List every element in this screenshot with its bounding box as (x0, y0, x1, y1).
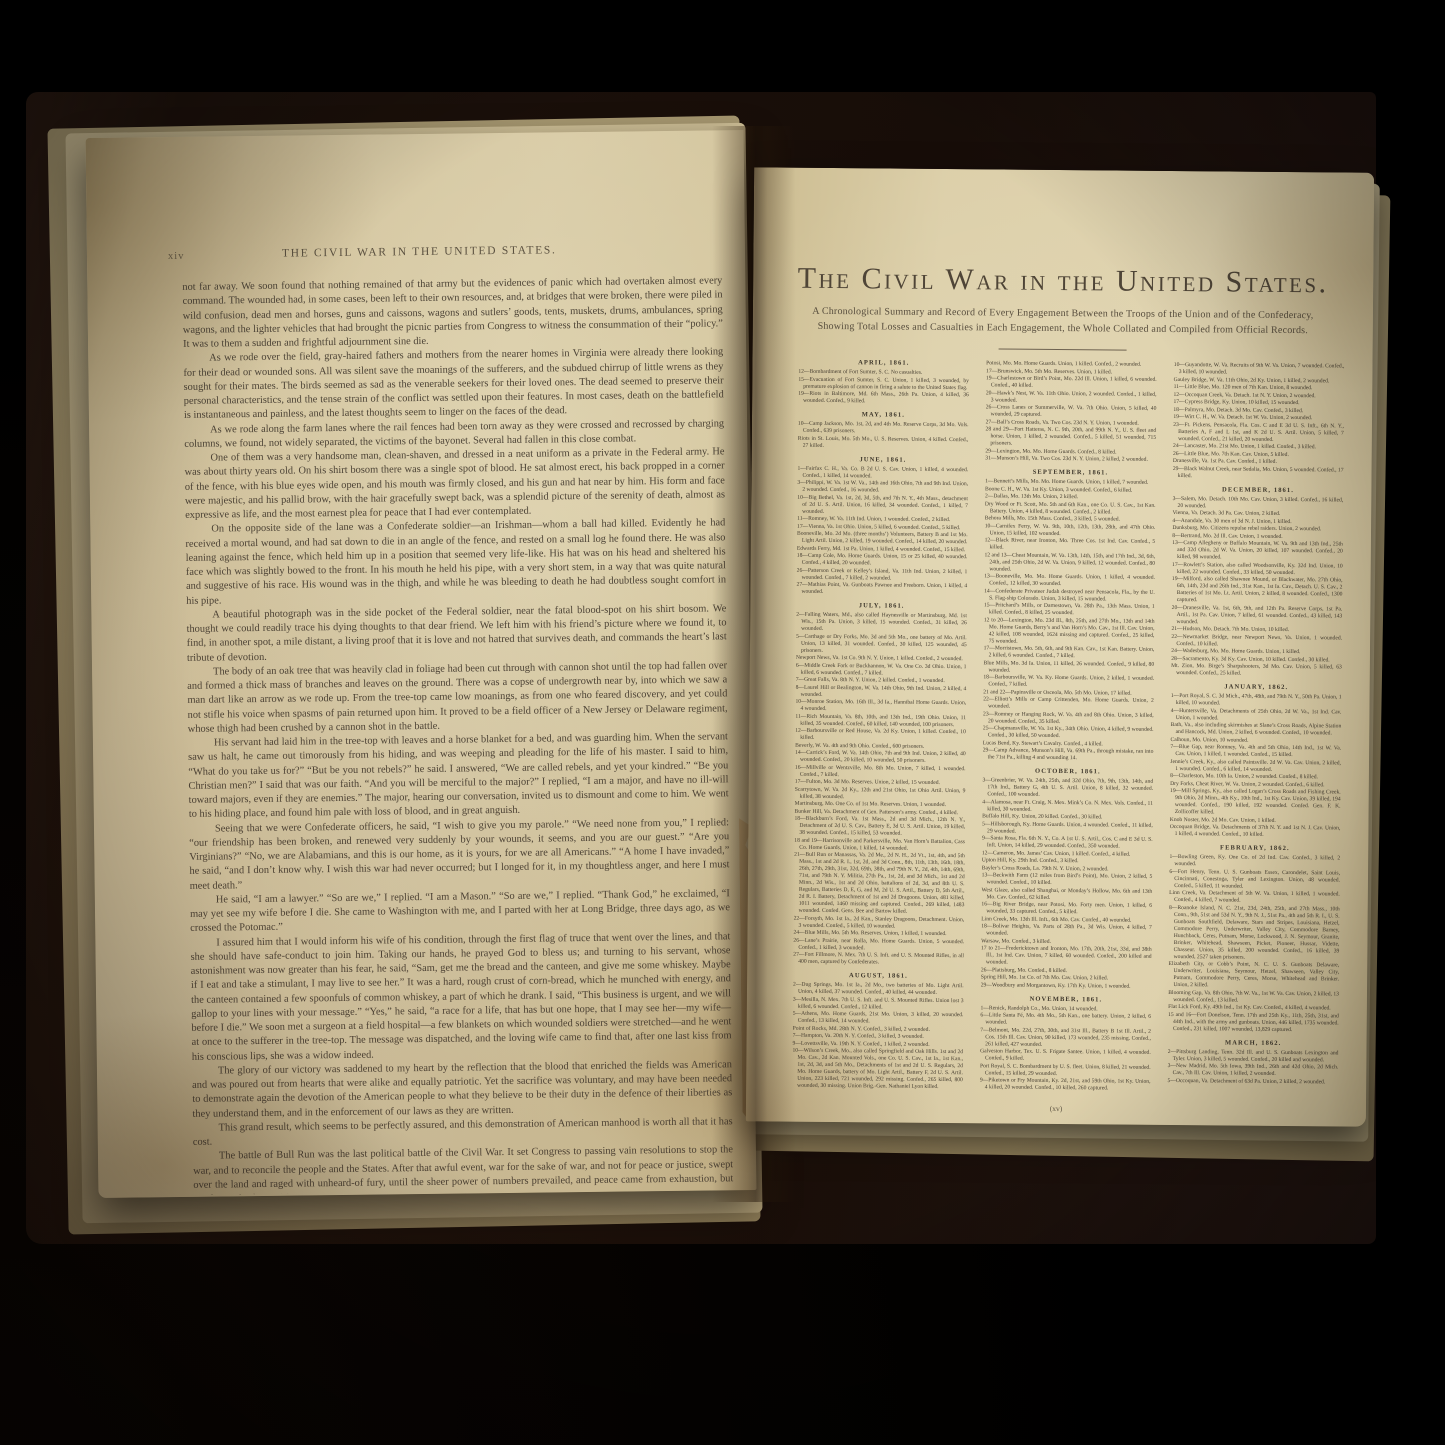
engagement-entry: 22—Forsyth, Mo. 1st Ia., 2d Kan., Stanle… (794, 915, 965, 930)
engagement-entry: 8—Laurel Hill or Bealington, W. Va. 14th… (796, 684, 967, 699)
photo-scene: xiv THE CIVIL WAR IN THE UNITED STATES. … (0, 0, 1445, 1445)
engagement-entry: 12—Barboursville or Red House, Va. 2d Ky… (795, 728, 966, 743)
engagement-entry: 15—Pritchard’s Mills, or Darnestown, Va.… (984, 602, 1155, 617)
engagement-entry: 6—Middle Creek Fork or Buckhannon, W. Va… (796, 662, 967, 677)
engagement-entry: 4—Huntersville, Va. Detachments of 25th … (1171, 707, 1342, 722)
engagement-entry: 17—Rowlett’s Station, also called Woodso… (1172, 561, 1343, 576)
paragraph: The battle of Bull Run was the last poli… (193, 1143, 734, 1194)
engagement-entry: 24—Wadesburg, Mo. Mo. Home Guards. Union… (1171, 648, 1342, 656)
paragraph: The body of an oak tree that was heavily… (187, 659, 728, 737)
engagement-entry: Blue Mills, Mo. 3d Ia. Union, 11 killed,… (983, 660, 1154, 675)
engagement-entry: 5—Carthage or Dry Forks, Mo. 3d and 5th … (796, 633, 967, 655)
engagement-entry: 11—Rich Mountain, Va. 8th, 10th, and 13t… (795, 713, 966, 728)
engagement-entry: 31—Munson’s Hill, Va. Two Cos. 23d N. Y.… (985, 455, 1156, 463)
engagement-entry: 23—Ft. Pickens, Pensacola, Fla. Cos. C a… (1173, 421, 1344, 443)
engagement-entry: Upton Hill, Ky. 29th Ind. Confed., 3 kil… (982, 857, 1153, 865)
paragraph: not far away. We soon found that nothing… (182, 274, 723, 352)
left-page: xiv THE CIVIL WAR IN THE UNITED STATES. … (86, 130, 757, 1198)
engagement-entry: 11—Romney, W. Va. 11th Ind. Union, 1 wou… (797, 516, 968, 524)
engagement-entry: 3—Mesilla, N. Mex. 7th U. S. Inft. and U… (793, 996, 964, 1011)
month-heading: APRIL, 1861. (798, 359, 969, 367)
engagement-entry: 26—Lane’s Prairie, near Rolla, Mo. Home … (793, 937, 964, 952)
engagement-entry: 1—Bowling Green, Ky. One Co. of 2d Ind. … (1169, 854, 1340, 869)
paragraph: Seeing that we were Confederate officers… (189, 816, 730, 894)
engagement-entry: 29—Woodbury and Morgantown, Ky. 17th Ky.… (981, 982, 1152, 990)
engagement-entry: 12—Black River, near Ironton, Mo. Three … (984, 537, 1155, 552)
engagement-entry: 17—Cypress Bridge, Ky. Union, 10 killed,… (1173, 399, 1344, 407)
engagement-entry: 2—Dug Springs, Mo. 1st Ia., 2d Mo., two … (793, 982, 964, 997)
title-divider-rule (999, 348, 1127, 350)
month-heading: MARCH, 1862. (1168, 1038, 1339, 1046)
engagement-entry: 14—Carrick’s Ford, W. Va. 14th Ohio, 7th… (795, 750, 966, 765)
engagement-entry: 29—Camp Advance, Munson’s Hill, Va. 69th… (983, 747, 1154, 762)
paragraph: I assured him that I would inform his wi… (190, 930, 732, 1065)
engagement-entry: 18—Camp Cole, Mo. Home Guards. Union, 15… (797, 553, 968, 568)
engagement-entry: Occoquan Bridge, Va. Detachments of 37th… (1170, 824, 1341, 839)
paragraph: On the opposite side of the lane was a C… (185, 517, 726, 609)
engagement-entry: 10—Big Bethel, Va. 1st, 2d, 3d, 5th, and… (797, 494, 968, 516)
engagement-entry: Blooming Gap, Va. 8th Ohio, 7th W. Va., … (1168, 989, 1339, 1004)
engagement-entry: 27—Fort Fillmore, N. Mex. 7th U. S. Inft… (793, 952, 964, 967)
month-heading: NOVEMBER, 1861. (981, 995, 1152, 1003)
engagement-entry: 17—Morristown, Mo. 5th, 6th, and 9th Kan… (984, 645, 1155, 660)
engagement-entry: 10—Camp Jackson, Mo. 1st, 2d, and 4th Mo… (798, 421, 969, 436)
engagement-entry: 19—Mill Springs, Ky., also called Logan’… (1170, 788, 1341, 817)
engagement-entry: 12 and 13—Cheat Mountain, W. Va. 13th, 1… (984, 552, 1155, 574)
paragraph: The glory of our victory was saddened to… (192, 1058, 733, 1122)
engagement-entry: 26—Patterson Creek or Kelley’s Island, V… (797, 567, 968, 582)
engagement-entry: 2—Pittsburg Landing, Tenn. 32d Ill. and … (1168, 1048, 1339, 1063)
subtitle-line-2: Showing Total Losses and Casualties in E… (818, 320, 1308, 335)
engagement-entry: 20—Dranesville, Va. 1st, 6th, 9th, and 1… (1172, 604, 1343, 626)
engagement-entry: 8—Roanoke Island, N. C. 21st, 23d, 24th,… (1169, 904, 1340, 961)
engagement-entry: 27—Mathias Point, Va. Gunboats Pawnee an… (796, 582, 967, 597)
engagement-entry: 19—Charlestown or Bird’s Point, Mo. 22d … (986, 375, 1157, 390)
engagement-entry: 3—Philippi, W. Va. 1st W. Va., 14th and … (797, 480, 968, 495)
engagement-entry: 20—Hawk’s Nest, W. Va. 11th Ohio. Union,… (986, 390, 1157, 405)
engagement-entry: 15 and 16—Fort Donelson, Tenn. 17th and … (1168, 1011, 1339, 1033)
engagement-entry: Buffalo Hill, Ky. Union, 20 killed. Conf… (982, 813, 1153, 821)
engagement-entry: West Glaze, also called Shanghai, or Mon… (981, 887, 1152, 902)
engagement-entry: 6—Little Santa Fé, Mo. 4th Mo., 5th Kan.… (980, 1012, 1151, 1027)
engagement-entry: 1—Fairfax C. H., Va. Co. B 2d U. S. Cav.… (797, 465, 968, 480)
engagement-entry: 22—Newmarket Bridge, near Newport News, … (1171, 633, 1342, 648)
chronology-columns: APRIL, 1861.12—Bombardment of Fort Sumte… (792, 359, 1344, 1100)
month-heading: FEBRUARY, 1862. (1170, 844, 1341, 852)
left-running-header: THE CIVIL WAR IN THE UNITED STATES. (282, 244, 557, 259)
engagement-entry: 14—Confederate Privateer Judah destroyed… (984, 588, 1155, 603)
left-page-paragraphs: not far away. We soon found that nothing… (182, 274, 733, 1195)
engagement-entry: 1—Bennett’s Mills, Mo. Mo. Home Guards. … (985, 478, 1156, 486)
paragraph: As we rode over the field, gray-haired f… (183, 346, 724, 424)
left-page-header: xiv THE CIVIL WAR IN THE UNITED STATES. (182, 242, 722, 265)
engagement-entry: Mt. Zion, Mo. Birge’s Sharpshooters, 3d … (1171, 663, 1342, 678)
engagement-entry: 19—Riots in Baltimore, Md. 6th Mass., 26… (798, 391, 969, 406)
engagement-entry: 3—Greenbrier, W. Va. 24th, 25th, and 32d… (982, 777, 1153, 799)
engagement-entry: Linn Creek, Va. Detachment of 5th W. Va.… (1169, 890, 1340, 905)
engagement-entry: Galveston Harbor, Tex. U. S. Frigate San… (980, 1048, 1151, 1063)
month-heading: MAY, 1861. (798, 411, 969, 419)
engagement-entry: 23—Romney or Hanging Rock, W. Va. 4th an… (983, 711, 1154, 726)
engagement-entry: 2—Falling Waters, Md., also called Hayne… (796, 612, 967, 634)
engagement-entry: 7—Blue Gap, near Romney, Va. 4th and 5th… (1170, 744, 1341, 759)
engagement-entry: 11—Little Blue, Mo. 120 men of 7th Kan. … (1174, 384, 1345, 392)
engagement-entry: 19—Milford, also called Shawnee Mound, o… (1172, 576, 1343, 605)
engagement-entry: 28 and 29—Fort Hatteras, N. C. 9th, 20th… (985, 426, 1156, 448)
engagement-entry: 13—Beckwith Farm (12 miles from Bird’s P… (982, 872, 1153, 887)
month-heading: JUNE, 1861. (798, 455, 969, 463)
engagement-entry: 18—Bolivar Heights, Va. Parts of 28th Pa… (981, 923, 1152, 938)
engagement-entry: 10—Monroe Station, Mo. 16th Ill., 3d Ia.… (795, 699, 966, 714)
engagement-entry: Dry Wood or Ft. Scott, Mo. 5th and 6th K… (985, 501, 1156, 516)
engagement-entry: 4—Alamosa, near Ft. Craig, N. Mex. Mink’… (982, 799, 1153, 814)
engagement-entry: 22—Elliott’s Mills or Camp Crittenden, M… (983, 696, 1154, 711)
month-heading: JANUARY, 1862. (1171, 683, 1342, 691)
engagement-entry: 10—Wilson’s Creek, Mo., also called Spri… (792, 1048, 963, 1091)
paragraph: His servant had laid him in the tree-top… (188, 730, 729, 822)
engagement-entry: 18—Blackburn’s Ford, Va. 1st Mass., 2d a… (794, 816, 965, 838)
engagement-entry: 5—Occoquan, Va. Detachment of 63d Pa. Un… (1167, 1077, 1338, 1085)
engagement-entry: 5—Athens, Mo. Home Guards, 21st Mo. Unio… (793, 1011, 964, 1026)
right-page: The Civil War in the United States. A Ch… (746, 167, 1374, 1126)
engagement-entry: 21—Bull Run or Manassas, Va. 2d Me., 2d … (794, 852, 965, 916)
engagement-entry: 29—Black Walnut Creek, near Sedalia, Mo.… (1173, 465, 1344, 480)
engagement-entry: 6—Fort Henry, Tenn. U. S. Gunboats Essex… (1169, 868, 1340, 890)
engagement-entry: 3—New Madrid, Mo. 5th Iowa, 39th Ind., 2… (1168, 1063, 1339, 1078)
engagement-entry: 9—Santa Rosa, Fla. 6th N. Y., Co. A 1st … (982, 835, 1153, 850)
engagement-entry: 19—Wirt C. H., W. Va. Detach. 1st W. Va.… (1173, 414, 1344, 422)
engagement-entry: 15—Evacuation of Fort Sumter, S. C. Unio… (798, 376, 969, 391)
engagement-entry: Booneville, Mo. 2d Mo. (three months’) V… (797, 531, 968, 546)
engagement-entry: Port Royal, S. C. Bombardment by U. S. f… (980, 1063, 1151, 1078)
engagement-entry: 7—Belmont, Mo. 22d, 27th, 30th, and 31st… (980, 1027, 1151, 1049)
engagement-entry: 26—Cross Lanes or Summerville, W. Va. 7t… (986, 404, 1157, 419)
engagement-entry: Elizabeth City, or Cobb’s Point, N. C. U… (1168, 961, 1339, 990)
engagement-entry: 1—Port Royal, S. C. 3d Mich., 47th, 48th… (1171, 693, 1342, 708)
engagement-entry: 10—Carnifex Ferry, W. Va. 9th, 10th, 12t… (985, 523, 1156, 538)
engagement-entry: 2—Dallas, Mo. 13th Mo. Union, 2 killed. (985, 493, 1156, 501)
page-title: The Civil War in the United States. (763, 261, 1363, 300)
engagement-entry: 13—Booneville, Mo. Mo. Home Guards. Unio… (984, 573, 1155, 588)
engagement-entry: Scarrytown, W. Va. 2d Ky., 12th and 21st… (795, 786, 966, 801)
engagement-entry: 18—Barboursville, W. Va. Ky. Home Guards… (983, 674, 1154, 689)
engagement-entry: Bath, Va., also including skirmishes at … (1171, 722, 1342, 737)
engagement-entry: Martinsburg, Mo. One Co. of 1st Mo. Rese… (795, 801, 966, 809)
engagement-entry: 8—Charleston, Mo. 10th Ia. Union, 2 woun… (1170, 773, 1341, 781)
engagement-entry: 25—Chapmansville, W. Va. 1st Ky., 34th O… (983, 725, 1154, 740)
engagement-entry: 24—Blue Mills, Mo. 5th Mo. Reserves. Uni… (793, 930, 964, 938)
right-page-number: (xv) (746, 1101, 1366, 1115)
month-heading: JULY, 1861. (796, 602, 967, 610)
engagement-entry: Jennie’s Creek, Ky., also called Paintsv… (1170, 758, 1341, 773)
paragraph: He said, “I am a lawyer.” “So are we,” I… (190, 887, 730, 936)
engagement-entry: 16—Big River Bridge, near Potosi, Mo. Fo… (981, 901, 1152, 916)
engagement-entry: 18 and 19—Harrisonville and Parkersville… (794, 837, 965, 852)
engagement-entry: 3—Salem, Mo. Detach. 10th Mo. Cav. Union… (1173, 495, 1344, 510)
engagement-entry: 10—Guyandotte, W. Va. Recruits of 9th W.… (1174, 362, 1345, 377)
left-page-number: xiv (168, 251, 185, 262)
month-heading: OCTOBER, 1861. (983, 767, 1154, 775)
engagement-entry: 5—Hillsborough, Ky. Home Guards. Union, … (982, 821, 1153, 836)
engagement-entry: 9—Piketown or Fry Mountain, Ky. 2d, 21st… (980, 1077, 1151, 1092)
subtitle-line-1: A Chronological Summary and Record of Ev… (812, 306, 1313, 321)
paragraph: A beautiful photograph was in the side p… (186, 602, 727, 666)
engagement-entry: 13—Camp Allegheny or Buffalo Mountain, W… (1172, 540, 1343, 562)
page-subtitle: A Chronological Summary and Record of Ev… (773, 304, 1353, 338)
engagement-entry: 17 to 21—Fredericktown and Ironton, Mo. … (981, 945, 1152, 967)
engagement-entry: 12 to 20—Lexington, Mo. 23d Ill., 8th, 2… (984, 617, 1155, 646)
month-heading: DECEMBER, 1861. (1173, 485, 1344, 493)
engagement-entry: Potosi, Mo. Mo. Home Guards. Union, 1 ki… (986, 360, 1157, 368)
paragraph: One of them was a very handsome man, cle… (184, 445, 725, 523)
engagement-entry: 16—Millville or Wentzville, Mo. 8th Mo. … (795, 764, 966, 779)
month-heading: AUGUST, 1861. (793, 972, 964, 980)
engagement-entry: Riots in St. Louis, Mo. 5th Mo., U. S. R… (798, 435, 969, 450)
month-heading: SEPTEMBER, 1861. (985, 468, 1156, 476)
